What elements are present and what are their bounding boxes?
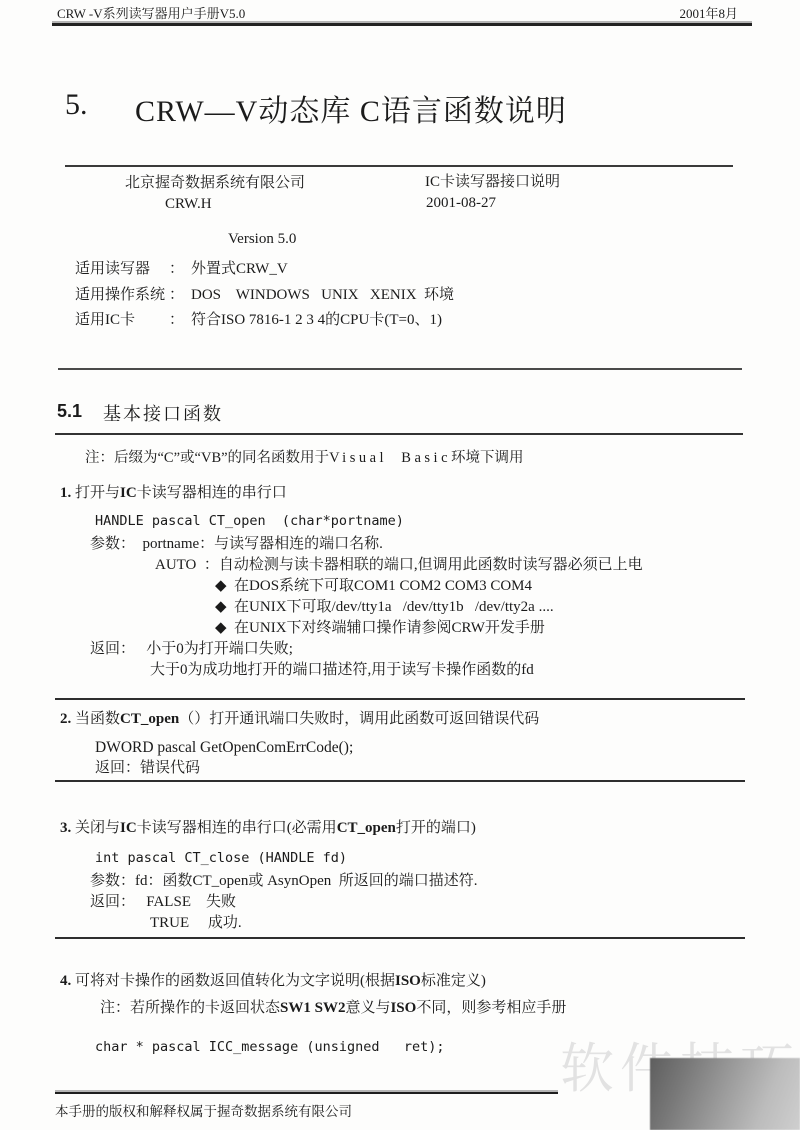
- scan-artifact-blob: [650, 1058, 800, 1130]
- doc-line: ◆ 在UNIX下可取/dev/tty1a /dev/tty1b /dev/tty…: [55, 597, 750, 618]
- text-segment: 1.: [60, 485, 71, 501]
- doc-line: 返回： 小于0为打开端口失败;: [55, 639, 750, 660]
- text-segment: 卡读写器相连的串行口: [137, 485, 287, 501]
- text-segment: 不同，则参考相应手册: [416, 1000, 566, 1016]
- text-segment: ◆ 在DOS系统下可取COM1 COM2 COM3 COM4: [215, 578, 532, 594]
- text-segment: IC: [120, 485, 137, 501]
- text-segment: 返回：错误代码: [95, 760, 200, 776]
- text-segment: 4.: [60, 973, 71, 989]
- text-segment: 注：若所操作的卡返回状态: [100, 1000, 280, 1016]
- footer-rule: [55, 1092, 558, 1094]
- doc-line: DWORD pascal GetOpenComErrCode();: [55, 737, 750, 758]
- text-segment: ◆ 在UNIX下可取/dev/tty1a /dev/tty1b /dev/tty…: [215, 599, 554, 615]
- doc-line: 注：若所操作的卡返回状态SW1 SW2意义与ISO不同，则参考相应手册: [55, 998, 750, 1019]
- text-segment: CT_open: [120, 711, 179, 727]
- text-segment: ◆ 在UNIX下对终端辅口操作请参阅CRW开发手册: [215, 620, 545, 636]
- text-segment: 意义与: [345, 1000, 390, 1016]
- doc-line: ◆ 在DOS系统下可取COM1 COM2 COM3 COM4: [55, 576, 750, 597]
- doc-line: 参数： portname：与读写器相连的端口名称.: [55, 534, 750, 555]
- text-segment: IC: [120, 820, 137, 836]
- function-block-2: 2. 当函数CT_open（）打开通讯端口失败时，调用此函数可返回错误代码DWO…: [55, 709, 750, 779]
- divider-rule: [55, 937, 745, 939]
- doc-line: TRUE 成功.: [55, 913, 750, 934]
- footer-copyright: 本手册的版权和解释权属于握奇数据系统有限公司: [55, 1100, 352, 1120]
- doc-line: 大于0为成功地打开的端口描述符,用于读写卡操作函数的fd: [55, 660, 750, 681]
- text-segment: 打开的端口): [396, 820, 476, 836]
- doc-line: 参数：fd：函数CT_open或 AsynOpen 所返回的端口描述符.: [55, 871, 750, 892]
- doc-line: ◆ 在UNIX下对终端辅口操作请参阅CRW开发手册: [55, 618, 750, 639]
- text-segment: 关闭与: [71, 820, 120, 836]
- function-descriptions: 1. 打开与IC卡读写器相连的串行口HANDLE pascal CT_open …: [0, 0, 800, 1130]
- text-segment: 当函数: [71, 711, 120, 727]
- function-block-3: 3. 关闭与IC卡读写器相连的串行口(必需用CT_open打开的端口)int p…: [55, 818, 750, 934]
- function-heading: 2. 当函数CT_open（）打开通讯端口失败时，调用此函数可返回错误代码: [55, 709, 750, 730]
- doc-line: HANDLE pascal CT_open (char*portname): [55, 510, 750, 532]
- text-segment: 2.: [60, 711, 71, 727]
- text-segment: 大于0为成功地打开的端口描述符,用于读写卡操作函数的fd: [150, 662, 534, 678]
- text-segment: 参数：fd：函数CT_open或 AsynOpen 所返回的端口描述符.: [90, 873, 477, 889]
- document-page: CRW -V系列读写器用户手册V5.0 2001年8月 5. CRW—V动态库 …: [0, 0, 800, 1130]
- text-segment: HANDLE pascal CT_open (char*portname): [95, 513, 404, 529]
- divider-rule: [55, 698, 745, 700]
- text-segment: 返回： FALSE 失败: [90, 894, 236, 910]
- text-segment: char * pascal ICC_message (unsigned ret)…: [95, 1039, 445, 1055]
- text-segment: ISO: [395, 973, 421, 989]
- text-segment: SW1 SW2: [280, 1000, 345, 1016]
- text-segment: 可将对卡操作的函数返回值转化为文字说明(根据: [71, 973, 395, 989]
- function-heading: 3. 关闭与IC卡读写器相连的串行口(必需用CT_open打开的端口): [55, 818, 750, 839]
- text-segment: 返回： 小于0为打开端口失败;: [90, 641, 293, 657]
- text-segment: DWORD pascal GetOpenComErrCode();: [95, 739, 353, 756]
- text-segment: 卡读写器相连的串行口(必需用: [137, 820, 337, 836]
- text-segment: 标准定义): [421, 973, 486, 989]
- text-segment: AUTO ：自动检测与读卡器相联的端口,但调用此函数时读写器必须已上电: [155, 557, 643, 573]
- text-segment: ISO: [390, 1000, 416, 1016]
- doc-line: AUTO ：自动检测与读卡器相联的端口,但调用此函数时读写器必须已上电: [55, 555, 750, 576]
- text-segment: 打开与: [71, 485, 120, 501]
- function-block-1: 1. 打开与IC卡读写器相连的串行口HANDLE pascal CT_open …: [55, 483, 750, 681]
- text-segment: （）打开通讯端口失败时，调用此函数可返回错误代码: [179, 711, 539, 727]
- text-segment: 3.: [60, 820, 71, 836]
- doc-line: 返回：错误代码: [55, 758, 750, 779]
- doc-line: 返回： FALSE 失败: [55, 892, 750, 913]
- function-heading: 4. 可将对卡操作的函数返回值转化为文字说明(根据ISO标准定义): [55, 971, 750, 992]
- text-segment: TRUE 成功.: [150, 915, 242, 931]
- divider-rule: [55, 780, 745, 782]
- text-segment: CT_open: [337, 820, 396, 836]
- function-heading: 1. 打开与IC卡读写器相连的串行口: [55, 483, 750, 504]
- text-segment: int pascal CT_close (HANDLE fd): [95, 850, 347, 866]
- doc-line: int pascal CT_close (HANDLE fd): [55, 847, 750, 869]
- text-segment: 参数： portname：与读写器相连的端口名称.: [90, 536, 383, 552]
